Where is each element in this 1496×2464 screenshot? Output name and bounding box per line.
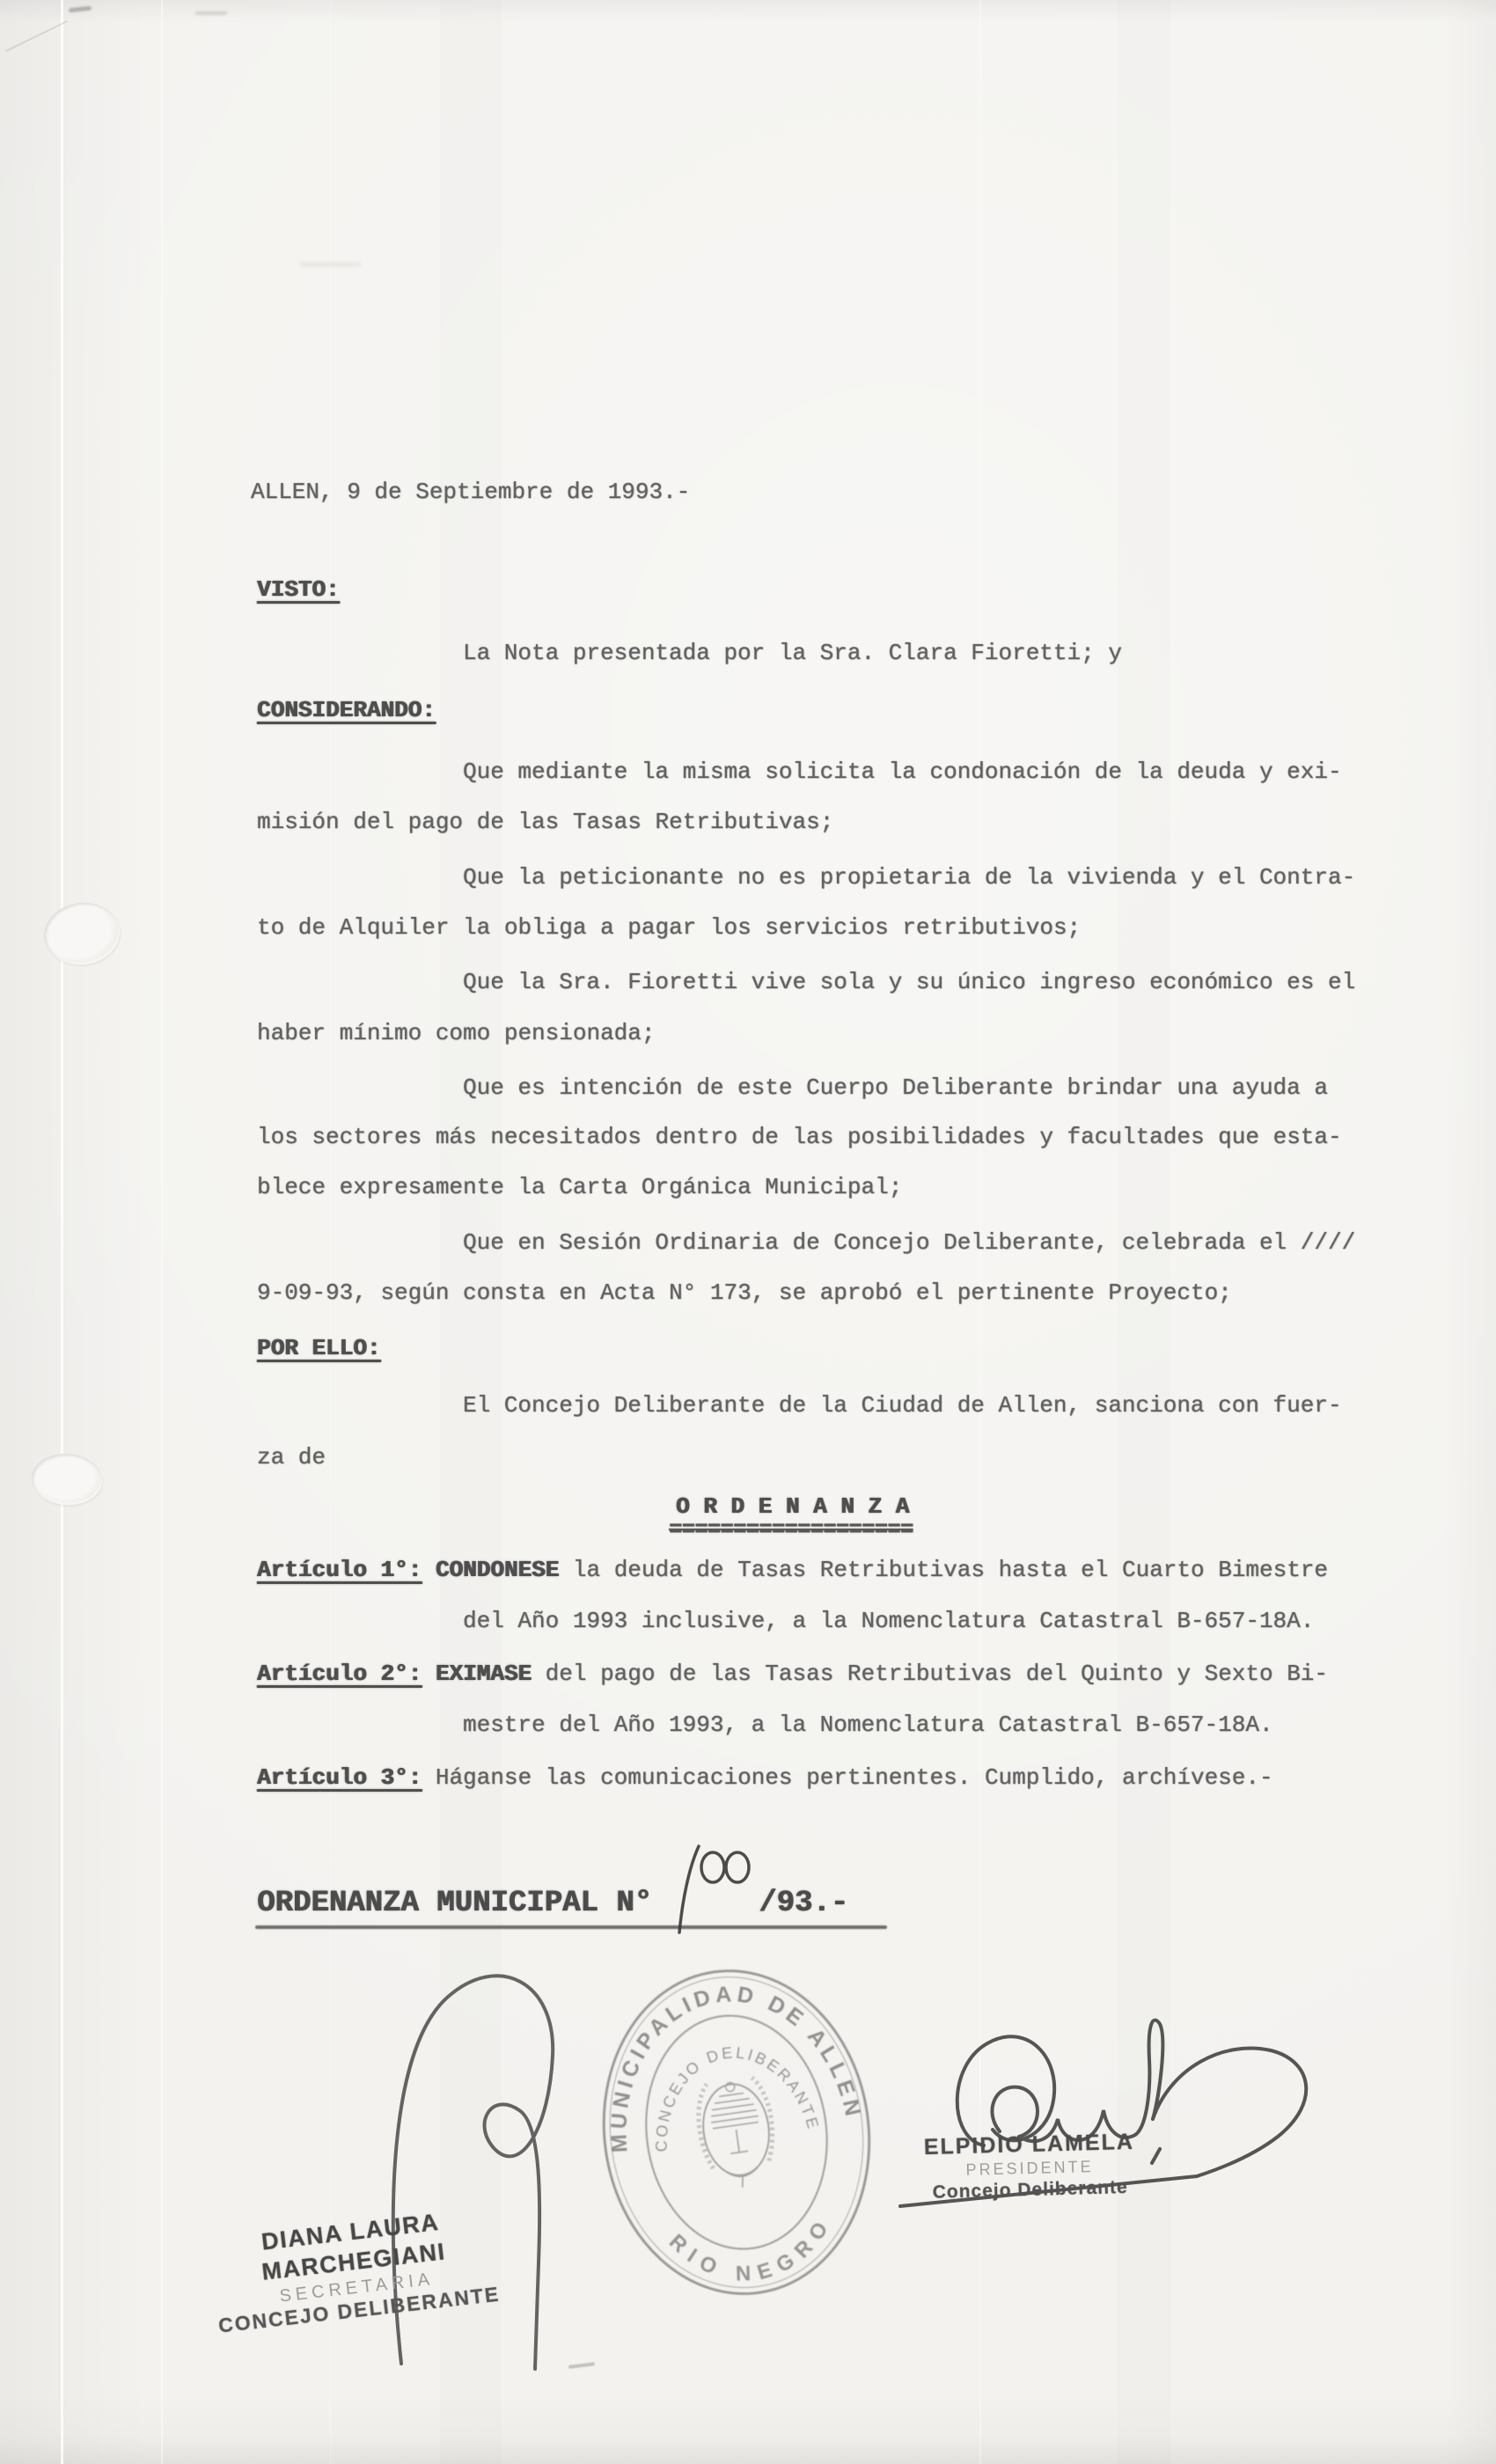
municipal-seal: MUNICIPALIDAD DE ALLEN CONCEJO DELIBERAN… bbox=[573, 1943, 901, 2336]
text-segment: za de bbox=[257, 1444, 326, 1470]
text-segment: EXIMASE bbox=[436, 1661, 532, 1687]
document-line: La Nota presentada por la Sra. Clara Fio… bbox=[463, 641, 1122, 667]
signature-stroke bbox=[957, 2036, 1054, 2145]
document-line: Que es intención de este Cuerpo Delibera… bbox=[463, 1075, 1328, 1102]
document-line: misión del pago de las Tasas Retributiva… bbox=[257, 810, 833, 836]
ordinance-underline bbox=[255, 1925, 887, 1929]
text-segment: Que es intención de este Cuerpo Delibera… bbox=[463, 1074, 1328, 1101]
text-segment: VISTO: bbox=[257, 576, 340, 603]
scanned-document-page: ALLEN, 9 de Septiembre de 1993.-VISTO:La… bbox=[0, 0, 1496, 2464]
svg-text:RIO NEGRO: RIO NEGRO bbox=[663, 2208, 845, 2298]
document-line: Que la Sra. Fioretti vive sola y su únic… bbox=[463, 970, 1355, 996]
document-line: Artículo 2°: EXIMASE del pago de las Tas… bbox=[257, 1661, 1328, 1688]
text-segment: del pago de las Tasas Retributivas del Q… bbox=[532, 1661, 1328, 1687]
signature-stroke bbox=[1153, 2048, 1306, 2176]
document-line: blece expresamente la Carta Orgánica Mun… bbox=[257, 1175, 902, 1201]
text-segment: CONSIDERANDO: bbox=[257, 697, 436, 723]
handwritten-digit-0 bbox=[726, 1852, 749, 1882]
text-segment: Que mediante la misma solicita la condon… bbox=[463, 759, 1342, 785]
document-line: CONSIDERANDO: bbox=[257, 698, 436, 724]
text-segment: misión del pago de las Tasas Retributiva… bbox=[257, 809, 833, 835]
document-line: mestre del Año 1993, a la Nomenclatura C… bbox=[463, 1712, 1273, 1739]
handwritten-digit-1 bbox=[679, 1846, 699, 1932]
document-line: VISTO: bbox=[257, 577, 340, 604]
document-line: haber mínimo como pensionada; bbox=[257, 1021, 655, 1047]
text-segment: to de Alquiler la obliga a pagar los ser… bbox=[257, 914, 1081, 941]
document-line: Que en Sesión Ordinaria de Concejo Delib… bbox=[463, 1230, 1355, 1257]
text-segment: La Nota presentada por la Sra. Clara Fio… bbox=[463, 640, 1122, 666]
text-segment bbox=[422, 1557, 436, 1583]
document-line: POR ELLO: bbox=[257, 1336, 380, 1362]
document-line: Que la peticionante no es propietaria de… bbox=[463, 865, 1355, 891]
text-segment: =================== bbox=[669, 1516, 913, 1543]
document-line: El Concejo Deliberante de la Ciudad de A… bbox=[463, 1393, 1342, 1419]
text-segment: Háganse las comunicaciones pertinentes. … bbox=[422, 1764, 1272, 1791]
president-stamp: ELPIDIO LAMELA PRESIDENTE Concejo Delibe… bbox=[906, 2128, 1154, 2204]
text-segment: mestre del Año 1993, a la Nomenclatura C… bbox=[463, 1712, 1273, 1738]
document-line: 9-09-93, según consta en Acta N° 173, se… bbox=[257, 1280, 1232, 1307]
text-segment: del Año 1993 inclusive, a la Nomenclatur… bbox=[463, 1608, 1314, 1634]
document-line: del Año 1993 inclusive, a la Nomenclatur… bbox=[463, 1609, 1314, 1635]
signature-stroke bbox=[992, 2087, 1038, 2137]
text-segment: Que la Sra. Fioretti vive sola y su únic… bbox=[463, 969, 1355, 995]
text-segment: Artículo 1°: bbox=[257, 1557, 422, 1583]
text-segment bbox=[422, 1661, 436, 1687]
handwritten-digit-0 bbox=[701, 1852, 724, 1882]
document-line: los sectores más necesitados dentro de l… bbox=[257, 1125, 1342, 1151]
text-segment: CONDONESE bbox=[436, 1557, 559, 1583]
text-segment: blece expresamente la Carta Orgánica Mun… bbox=[257, 1174, 902, 1200]
text-segment: haber mínimo como pensionada; bbox=[257, 1020, 655, 1046]
text-segment: POR ELLO: bbox=[257, 1335, 380, 1361]
ordinance-number-label: ORDENANZA MUNICIPAL N° bbox=[257, 1888, 652, 1918]
document-line: Que mediante la misma solicita la condon… bbox=[463, 759, 1342, 786]
document-line: ALLEN, 9 de Septiembre de 1993.- bbox=[251, 480, 690, 506]
text-segment: la deuda de Tasas Retributivas hasta el … bbox=[559, 1557, 1328, 1583]
handwritten-ordinance-number bbox=[653, 1841, 759, 1938]
document-line: =================== bbox=[669, 1517, 913, 1544]
text-segment: Que la peticionante no es propietaria de… bbox=[463, 864, 1355, 891]
signature-stroke bbox=[1152, 2149, 1160, 2163]
text-segment: Que en Sesión Ordinaria de Concejo Delib… bbox=[463, 1229, 1355, 1256]
seal-text-province: RIO NEGRO bbox=[663, 2208, 845, 2298]
coat-of-arms bbox=[693, 2076, 781, 2192]
text-segment: El Concejo Deliberante de la Ciudad de A… bbox=[463, 1392, 1342, 1419]
signature-stroke bbox=[1135, 2020, 1162, 2135]
ordinance-number-suffix: /93.- bbox=[759, 1888, 848, 1918]
text-segment: los sectores más necesitados dentro de l… bbox=[257, 1124, 1342, 1150]
document-line: to de Alquiler la obliga a pagar los ser… bbox=[257, 915, 1081, 942]
text-segment: 9-09-93, según consta en Acta N° 173, se… bbox=[257, 1280, 1232, 1306]
text-segment: Artículo 3°: bbox=[257, 1764, 422, 1791]
text-segment: Artículo 2°: bbox=[257, 1661, 422, 1687]
document-line: za de bbox=[257, 1445, 326, 1471]
document-line: Artículo 3°: Háganse las comunicaciones … bbox=[257, 1765, 1273, 1792]
text-segment: ALLEN, 9 de Septiembre de 1993.- bbox=[251, 479, 690, 505]
document-line: Artículo 1°: CONDONESE la deuda de Tasas… bbox=[257, 1558, 1328, 1584]
